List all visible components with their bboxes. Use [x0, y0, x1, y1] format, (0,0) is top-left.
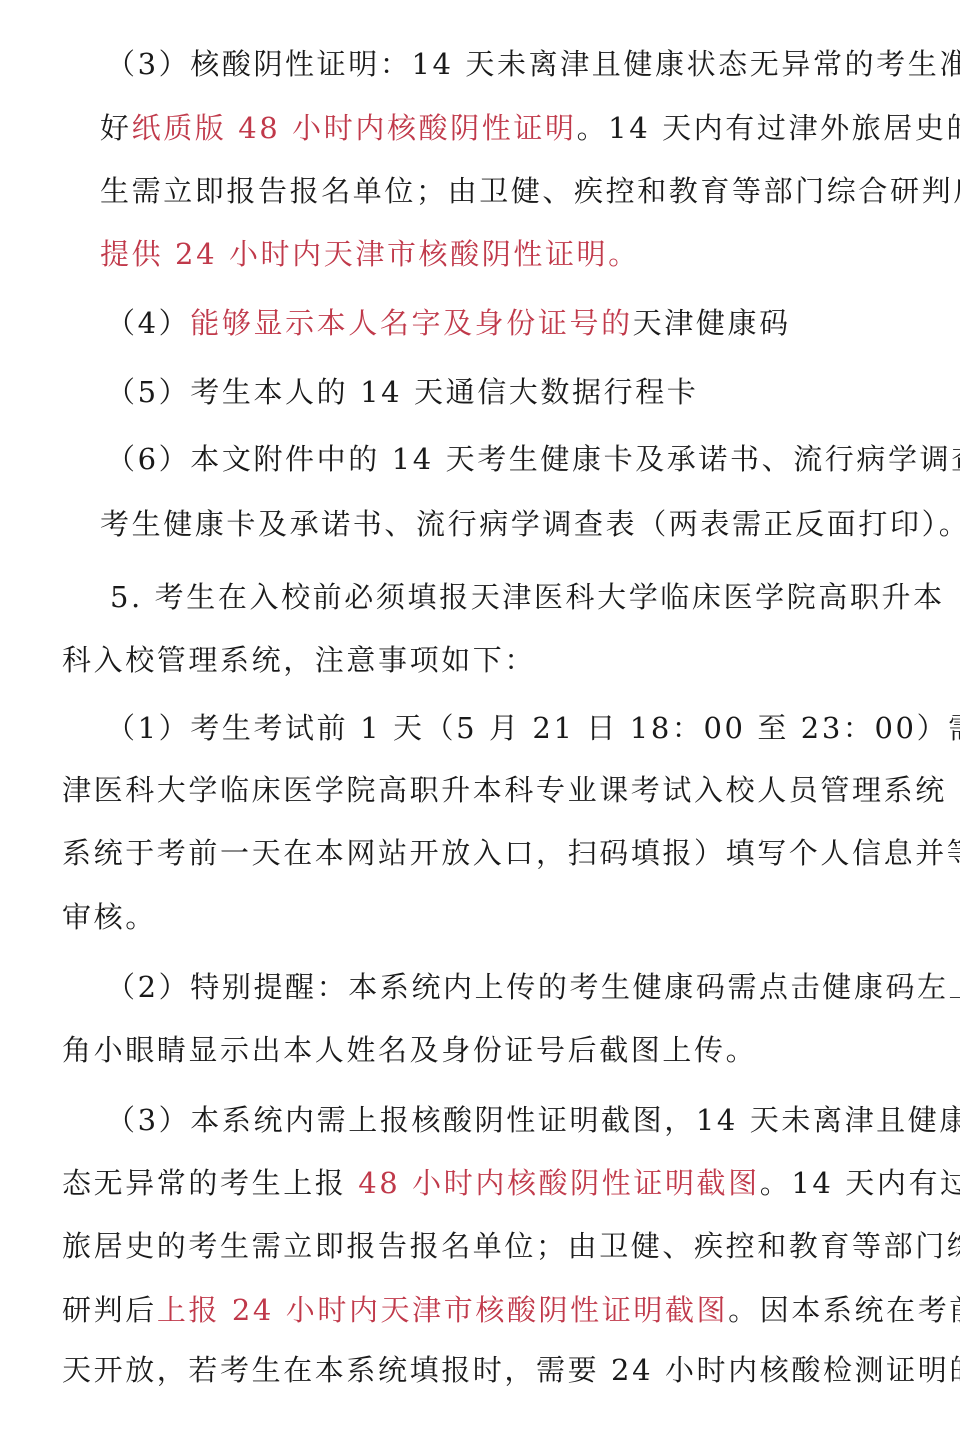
body-text: 。14 天内有过津外 — [760, 1166, 960, 1200]
text-line: 审核。 — [62, 899, 157, 935]
text-line: 天开放，若考生在本系统填报时，需要 24 小时内核酸检测证明的学 — [62, 1352, 960, 1388]
body-text: （4） — [106, 306, 190, 340]
text-line: 津医科大学临床医学院高职升本科专业课考试入校人员管理系统（本 — [62, 772, 960, 808]
text-line: （6）本文附件中的 14 天考生健康卡及承诺书、流行病学调查表， — [106, 441, 960, 477]
text-line: 态无异常的考生上报 48 小时内核酸阴性证明截图。14 天内有过津外 — [62, 1165, 960, 1201]
body-text: （3）本系统内需上报核酸阴性证明截图，14 天未离津且健康状 — [106, 1103, 960, 1137]
body-text: 。14 天内有过津外旅居史的考 — [577, 111, 960, 145]
text-line: （1）考生考试前 1 天（5 月 21 日 18：00 至 23：00）需登录天 — [106, 710, 960, 746]
text-line: 角小眼睛显示出本人姓名及身份证号后截图上传。 — [62, 1032, 757, 1068]
text-line: 生需立即报告报名单位；由卫健、疾控和教育等部门综合研判后 — [100, 173, 960, 209]
body-text: 。因本系统在考前一 — [728, 1293, 960, 1327]
body-text: （3）核酸阴性证明：14 天未离津且健康状态无异常的考生准备 — [106, 47, 960, 81]
text-line: 旅居史的考生需立即报告报名单位；由卫健、疾控和教育等部门综合 — [62, 1228, 960, 1264]
body-text: （1）考生考试前 1 天（5 月 21 日 18：00 至 23：00）需登录天 — [106, 711, 960, 745]
body-text: 审核。 — [62, 900, 157, 934]
highlighted-text: 能够显示本人名字及身份证号的 — [190, 306, 632, 340]
text-line: 好纸质版 48 小时内核酸阴性证明。14 天内有过津外旅居史的考 — [100, 110, 960, 146]
text-line: （5）考生本人的 14 天通信大数据行程卡 — [106, 374, 698, 410]
body-text: 天津健康码 — [633, 306, 791, 340]
body-text: （6）本文附件中的 14 天考生健康卡及承诺书、流行病学调查表， — [106, 442, 960, 476]
body-text: （2）特别提醒：本系统内上传的考生健康码需点击健康码左上 — [106, 970, 960, 1004]
text-line: 系统于考前一天在本网站开放入口，扫码填报）填写个人信息并等待 — [62, 835, 960, 871]
text-line: （4）能够显示本人名字及身份证号的天津健康码 — [106, 305, 791, 341]
text-line: （2）特别提醒：本系统内上传的考生健康码需点击健康码左上 — [106, 969, 960, 1005]
body-text: 好 — [100, 111, 132, 145]
body-text: 5. 考生在入校前必须填报天津医科大学临床医学院高职升本 — [110, 580, 945, 614]
body-text: （5）考生本人的 14 天通信大数据行程卡 — [106, 375, 698, 409]
highlighted-text: 48 小时内核酸阴性证明截图 — [358, 1166, 760, 1200]
text-line: （3）本系统内需上报核酸阴性证明截图，14 天未离津且健康状 — [106, 1102, 960, 1138]
body-text: 旅居史的考生需立即报告报名单位；由卫健、疾控和教育等部门综合 — [62, 1229, 960, 1263]
body-text: 态无异常的考生上报 — [62, 1166, 358, 1200]
text-line: 考生健康卡及承诺书、流行病学调查表（两表需正反面打印）。 — [100, 506, 960, 542]
body-text: 天开放，若考生在本系统填报时，需要 24 小时内核酸检测证明的学 — [62, 1353, 960, 1387]
highlighted-text: 提供 24 小时内天津市核酸阴性证明。 — [100, 237, 640, 271]
body-text: 角小眼睛显示出本人姓名及身份证号后截图上传。 — [62, 1033, 757, 1067]
text-line: （3）核酸阴性证明：14 天未离津且健康状态无异常的考生准备 — [106, 46, 960, 82]
text-line: 研判后上报 24 小时内天津市核酸阴性证明截图。因本系统在考前一 — [62, 1292, 960, 1328]
body-text: 研判后 — [62, 1293, 157, 1327]
body-text: 津医科大学临床医学院高职升本科专业课考试入校人员管理系统（本 — [62, 773, 960, 807]
highlighted-text: 上报 24 小时内天津市核酸阴性证明截图 — [157, 1293, 728, 1327]
body-text: 生需立即报告报名单位；由卫健、疾控和教育等部门综合研判后 — [100, 174, 960, 208]
body-text: 系统于考前一天在本网站开放入口，扫码填报）填写个人信息并等待 — [62, 836, 960, 870]
text-line: 提供 24 小时内天津市核酸阴性证明。 — [100, 236, 640, 272]
body-text: 考生健康卡及承诺书、流行病学调查表（两表需正反面打印）。 — [100, 507, 960, 541]
highlighted-text: 纸质版 48 小时内核酸阴性证明 — [132, 111, 577, 145]
body-text: 科入校管理系统，注意事项如下： — [62, 643, 536, 677]
text-line: 5. 考生在入校前必须填报天津医科大学临床医学院高职升本 — [110, 579, 945, 615]
text-line: 科入校管理系统，注意事项如下： — [62, 642, 536, 678]
